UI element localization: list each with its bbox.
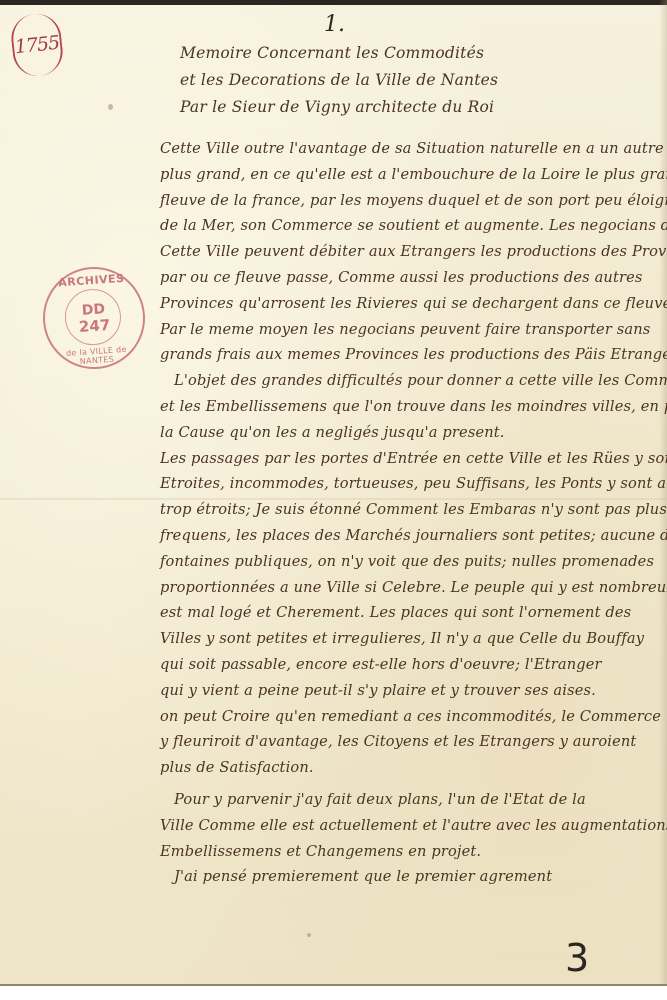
text-line: trop étroits; Je suis étonné Comment les…: [160, 497, 650, 523]
text-line: frequens, les places des Marchés journal…: [160, 523, 650, 549]
title-line: Memoire Concernant les Commodités: [180, 40, 560, 67]
author-line: Par le Sieur de Vigny architecte du Roi: [180, 94, 560, 121]
text-line: on peut Croire qu'en remediant a ces inc…: [160, 704, 650, 730]
text-line: Cette Ville outre l'avantage de sa Situa…: [160, 136, 650, 162]
stamp-footer: de la VILLE de NANTES: [57, 344, 136, 367]
text-line: grands frais aux memes Provinces les pro…: [160, 342, 650, 368]
paragraph-start-line: J'ai pensé premierement que le premier a…: [160, 864, 650, 890]
archives-stamp: ARCHIVES DD 247 de la VILLE de NANTES: [40, 264, 149, 373]
ink-blot: [307, 933, 311, 937]
text-line: plus de Satisfaction.: [160, 755, 650, 781]
text-line: qui y vient a peine peut-il s'y plaire e…: [160, 678, 650, 704]
folio-number: 1.: [324, 12, 345, 37]
text-line: Par le meme moyen les negocians peuvent …: [160, 317, 650, 343]
text-line: y fleuriroit d'avantage, les Citoyens et…: [160, 729, 650, 755]
text-line: Etroites, incommodes, tortueuses, peu Su…: [160, 471, 650, 497]
text-line: est mal logé et Cherement. Les places qu…: [160, 600, 650, 626]
text-line: plus grand, en ce qu'elle est a l'embouc…: [160, 162, 650, 188]
page-number: 3: [565, 936, 589, 980]
title-line: et les Decorations de la Ville de Nantes: [180, 67, 560, 94]
stamp-label: ARCHIVES: [50, 271, 133, 290]
text-line: Embellissemens et Changemens en projet.: [160, 839, 650, 865]
paragraph-start-line: L'objet des grandes difficultés pour don…: [160, 368, 650, 394]
paper-stain: [108, 104, 113, 110]
scan-bottom-edge: [0, 984, 667, 1000]
text-line: Provinces qu'arrosent les Rivieres qui s…: [160, 291, 650, 317]
text-line: par ou ce fleuve passe, Comme aussi les …: [160, 265, 650, 291]
text-line: fleuve de la france, par les moyens duqu…: [160, 188, 650, 214]
paragraph-start-line: Pour y parvenir j'ay fait deux plans, l'…: [160, 787, 650, 813]
text-line: Ville Comme elle est actuellement et l'a…: [160, 813, 650, 839]
text-line: et les Embellissemens que l'on trouve da…: [160, 394, 650, 420]
margin-date-note: 1755: [9, 12, 65, 79]
text-line: qui soit passable, encore est-elle hors …: [160, 652, 650, 678]
text-line: Villes y sont petites et irregulieres, I…: [160, 626, 650, 652]
text-line: de la Mer, son Commerce se soutient et a…: [160, 213, 650, 239]
paragraph-start-line: Les passages par les portes d'Entrée en …: [160, 446, 650, 472]
scan-top-edge: [0, 0, 667, 5]
text-line: fontaines publiques, on n'y voit que des…: [160, 549, 650, 575]
document-title: Memoire Concernant les Commodités et les…: [180, 40, 560, 121]
manuscript-scan: 1755 1. Memoire Concernant les Commodité…: [0, 0, 667, 1000]
manuscript-body: Cette Ville outre l'avantage de sa Situa…: [160, 136, 650, 890]
text-line: proportionnées a une Ville si Celebre. L…: [160, 575, 650, 601]
text-line: Cette Ville peuvent débiter aux Etranger…: [160, 239, 650, 265]
text-line: la Cause qu'on les a negligés jusqu'a pr…: [160, 420, 650, 446]
